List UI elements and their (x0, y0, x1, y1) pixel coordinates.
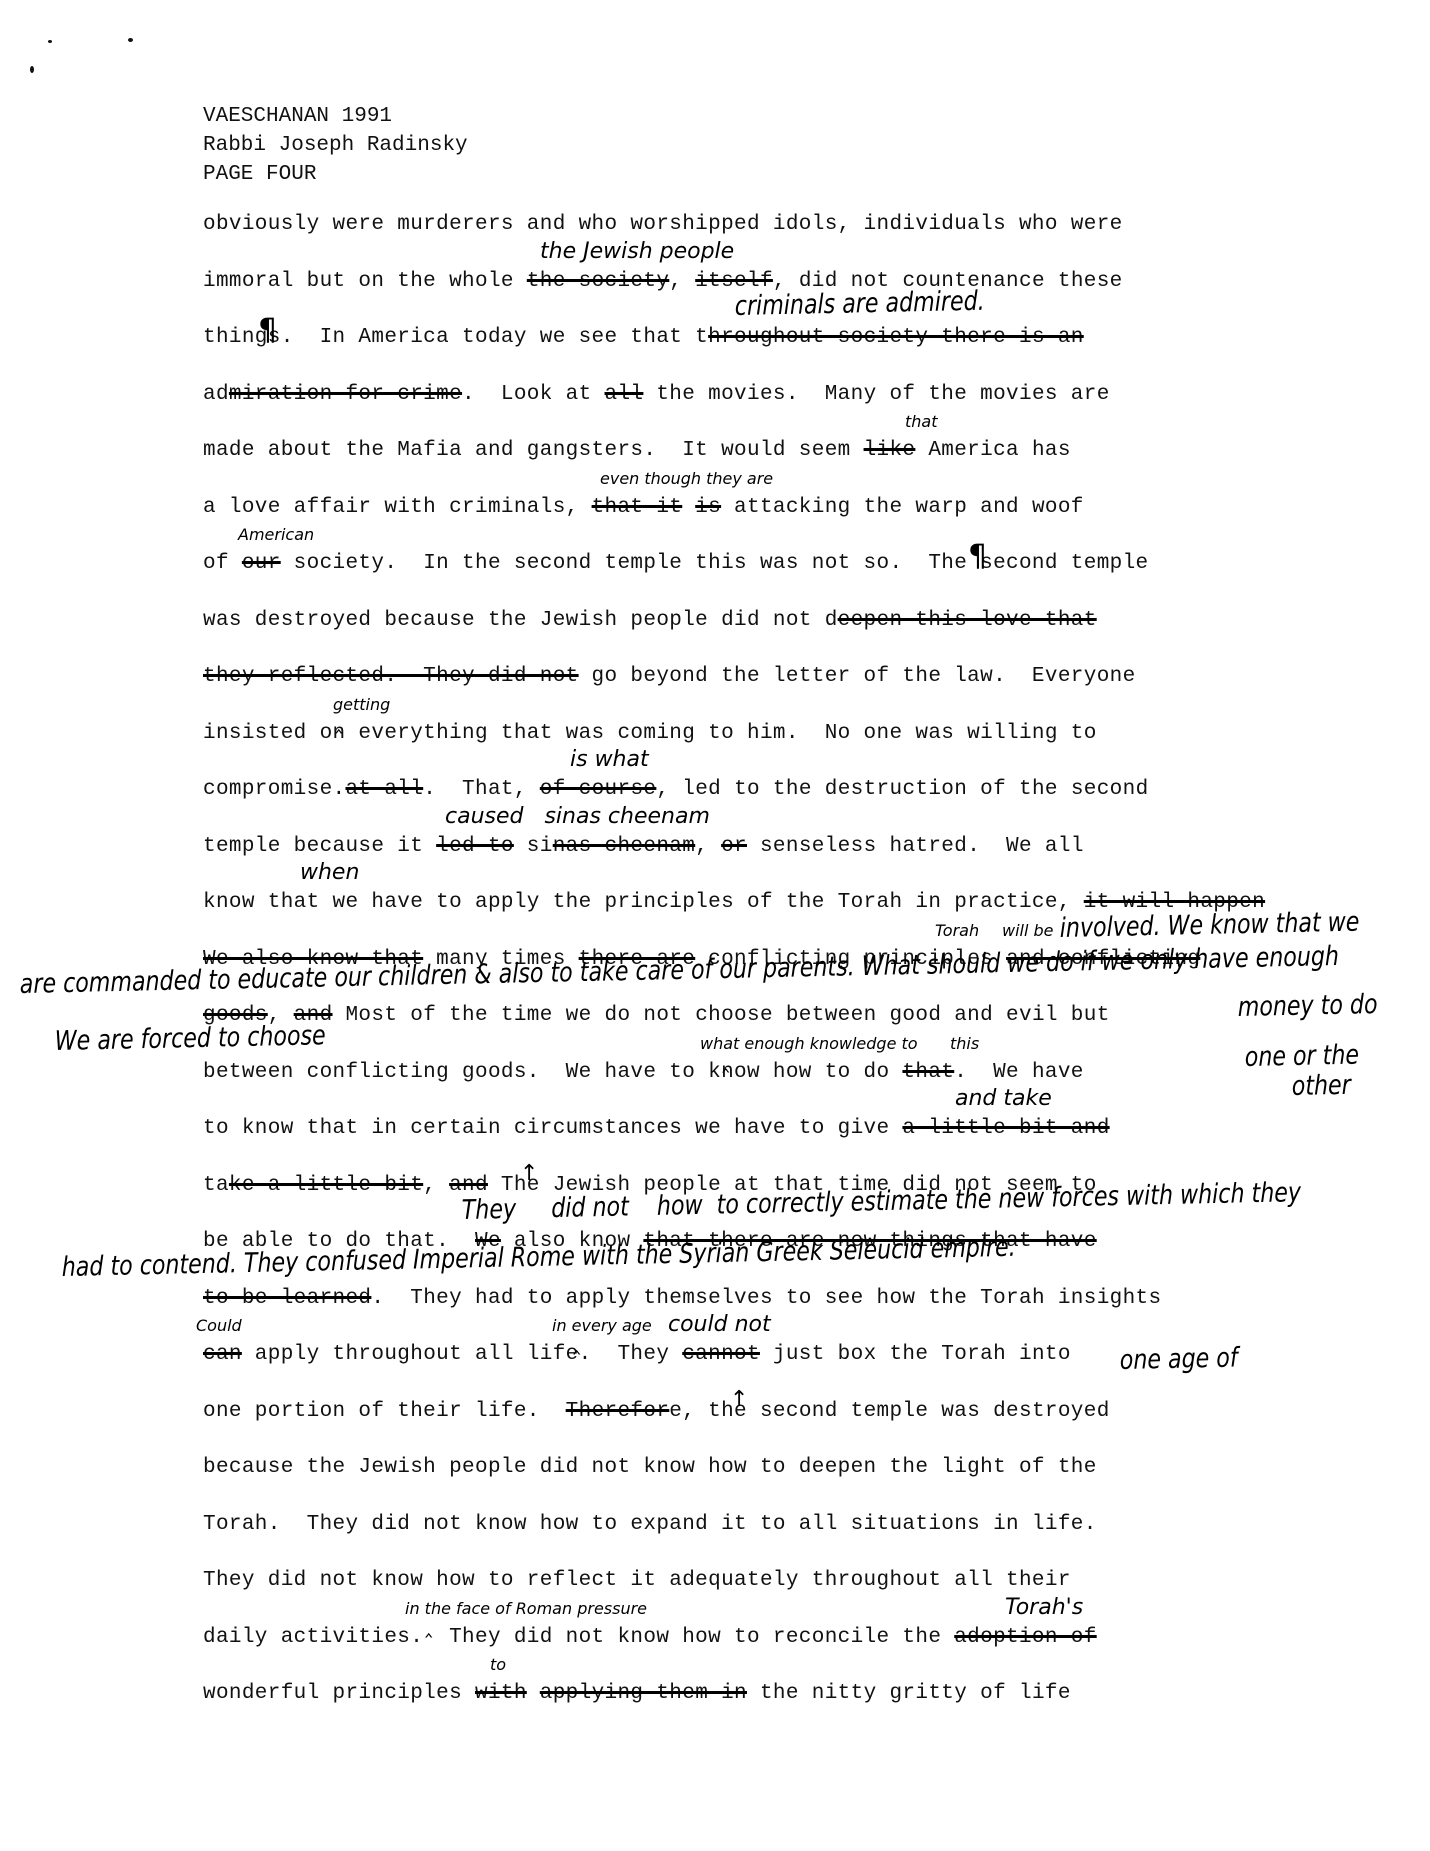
typed-line: one portion of their life. Therefore, th… (203, 1397, 1110, 1427)
struck-text: Therefor (566, 1400, 670, 1423)
scan-speck (128, 38, 133, 42)
handwritten-note: in every age (552, 1316, 652, 1335)
text-run: of (203, 552, 242, 575)
text-run: society. In the second temple this was n… (281, 552, 1149, 575)
struck-text: ke a little bit (229, 1174, 423, 1197)
struck-text: like (864, 439, 916, 462)
text-run: wonderful principles (203, 1682, 475, 1705)
typed-line: can apply throughout all life. They cann… (203, 1340, 1071, 1370)
document-author: Rabbi Joseph Radinsky (203, 131, 468, 160)
struck-text: is (695, 496, 721, 519)
text-run: go beyond the letter of the law. Everyon… (579, 665, 1136, 688)
struck-text: with (475, 1682, 527, 1705)
struck-text: nas cheenam (553, 835, 695, 858)
text-run: ta (203, 1174, 229, 1197)
struck-text: can (203, 1343, 242, 1366)
page-label: PAGE FOUR (203, 160, 468, 189)
text-run: . Look at (462, 383, 604, 406)
typed-line: They did not know how to reflect it adeq… (203, 1566, 1071, 1596)
scan-speck (30, 66, 34, 73)
handwritten-note: will be (1002, 921, 1054, 940)
text-run: , (695, 835, 721, 858)
handwritten-note: We are forced to choose (55, 1020, 326, 1057)
handwritten-note: this (950, 1034, 979, 1053)
text-run: , (423, 1174, 449, 1197)
caret-icon: ‸ (722, 1048, 729, 1073)
caret-icon: ‸ (573, 1330, 580, 1355)
typed-line: admiration for crime. Look at all the mo… (203, 380, 1110, 410)
typed-line: obviously were murderers and who worship… (203, 210, 1123, 240)
text-run: . That, (423, 778, 540, 801)
text-run: apply throughout all life. They (242, 1343, 682, 1366)
text-run: to know that in certain circumstances we… (203, 1117, 902, 1140)
struck-text: adoption of (954, 1626, 1096, 1649)
handwritten-note: Torah's (1005, 1595, 1083, 1620)
text-run: was destroyed because the Jewish people … (203, 609, 838, 632)
text-run: things. In America today we see that t (203, 326, 708, 349)
typed-line: made about the Mafia and gangsters. It w… (203, 436, 1071, 466)
text-run: one portion of their life. (203, 1400, 566, 1423)
typed-line: between conflicting goods. We have to kn… (203, 1058, 1084, 1088)
typed-line: daily activities. They did not know how … (203, 1623, 1097, 1653)
text-run: know that we have to apply the principle… (203, 891, 1084, 914)
text-run: . They had to apply themselves to see ho… (371, 1287, 1161, 1310)
text-run: between conflicting goods. We have to kn… (203, 1061, 902, 1084)
text-run: daily activities. They did not know how … (203, 1626, 954, 1649)
text-run: the movies. Many of the movies are (643, 383, 1109, 406)
text-run: temple because it (203, 835, 436, 858)
handwritten-note: money to do (1238, 989, 1378, 1023)
typed-line: Torah. They did not know how to expand i… (203, 1510, 1097, 1540)
document-page: VAESCHANAN 1991 Rabbi Joseph Radinsky PA… (0, 0, 1430, 1851)
typed-line: compromise.at all. That, of course, led … (203, 775, 1149, 805)
text-run: , led to the destruction of the second (656, 778, 1148, 801)
text-run: America has (915, 439, 1070, 462)
struck-text: miration for crime (229, 383, 462, 406)
text-run: Torah. They did not know how to expand i… (203, 1513, 1097, 1536)
capital-mark-icon: ↑ (520, 1161, 538, 1186)
text-run: because the Jewish people did not know h… (203, 1456, 1097, 1479)
struck-text: led to (436, 835, 514, 858)
struck-text: itself (695, 270, 773, 293)
text-run: They did not know how to reflect it adeq… (203, 1569, 1071, 1592)
struck-text: hroughout society there is an (708, 326, 1084, 349)
text-run: attacking the warp and woof (721, 496, 1084, 519)
handwritten-note: other (1292, 1069, 1351, 1101)
typed-line: they reflected. They did not go beyond t… (203, 662, 1136, 692)
handwritten-note: is what (570, 747, 649, 772)
handwritten-note: Torah (935, 921, 979, 940)
handwritten-note: American (238, 525, 314, 544)
document-header: VAESCHANAN 1991 Rabbi Joseph Radinsky PA… (203, 102, 468, 189)
handwritten-note: and take (955, 1086, 1052, 1111)
struck-text: to be learned (203, 1287, 371, 1310)
text-run: compromise. (203, 778, 345, 801)
typed-line: things. In America today we see that thr… (203, 323, 1084, 353)
text-run: made about the Mafia and gangsters. It w… (203, 439, 864, 462)
text-run (682, 496, 695, 519)
typed-line: was destroyed because the Jewish people … (203, 606, 1097, 636)
text-run: obviously were murderers and who worship… (203, 213, 1123, 236)
text-run (527, 1682, 540, 1705)
text-run: ad (203, 383, 229, 406)
text-run: a love affair with criminals, (203, 496, 592, 519)
handwritten-note: what enough knowledge to (700, 1034, 918, 1053)
struck-text: our (242, 552, 281, 575)
handwritten-note: could not (668, 1312, 771, 1337)
struck-text: eepen this love that (838, 609, 1097, 632)
struck-text: applying them in (540, 1682, 747, 1705)
typed-line: goods, and Most of the time we do not ch… (203, 1001, 1110, 1031)
text-run: immoral but on the whole (203, 270, 527, 293)
document-title: VAESCHANAN 1991 (203, 102, 468, 131)
text-run: . We have (954, 1061, 1084, 1084)
handwritten-note: one age of (1120, 1342, 1238, 1376)
paragraph-mark-icon: ¶ (258, 313, 277, 348)
handwritten-note: one or the (1245, 1040, 1360, 1073)
handwritten-note: involved. We know that we (1060, 906, 1360, 943)
struck-text: at all (345, 778, 423, 801)
caret-icon: ‸ (425, 1613, 432, 1638)
handwritten-note: even though they are (600, 469, 773, 488)
handwritten-note: that (905, 412, 938, 431)
text-run: just box the Torah into (760, 1343, 1071, 1366)
caret-icon: ‸ (335, 709, 342, 734)
paragraph-mark-icon: ¶ (968, 539, 987, 574)
handwritten-note: caused sinas cheenam (445, 804, 710, 829)
struck-text: of course (540, 778, 657, 801)
capital-mark-icon: ↑ (730, 1387, 748, 1412)
struck-text: a little bit and (902, 1117, 1109, 1140)
handwritten-note: the Jewish people (540, 239, 734, 264)
text-run: si (514, 835, 553, 858)
typed-line: because the Jewish people did not know h… (203, 1453, 1097, 1483)
struck-text: cannot (682, 1343, 760, 1366)
typed-line: temple because it led to sinas cheenam, … (203, 832, 1084, 862)
typed-line: to be learned. They had to apply themsel… (203, 1284, 1161, 1314)
text-run: Most of the time we do not choose betwee… (333, 1004, 1110, 1027)
struck-text: they reflected. They did not (203, 665, 579, 688)
typed-line: wonderful principles with applying them … (203, 1679, 1071, 1709)
struck-text: all (605, 383, 644, 406)
scan-speck (48, 40, 52, 43)
handwritten-note: in the face of Roman pressure (405, 1599, 647, 1618)
typed-line: of our society. In the second temple thi… (203, 549, 1149, 579)
text-run: senseless hatred. We all (747, 835, 1084, 858)
typed-line: to know that in certain circumstances we… (203, 1114, 1110, 1144)
struck-text: that it (592, 496, 683, 519)
struck-text: the society (527, 270, 669, 293)
handwritten-note: to (490, 1655, 506, 1674)
typed-line: a love affair with criminals, that it is… (203, 493, 1084, 523)
text-run: , (669, 270, 695, 293)
struck-text: and (449, 1174, 488, 1197)
handwritten-note: when (300, 860, 359, 885)
struck-text: or (721, 835, 747, 858)
handwritten-note: Could (196, 1316, 242, 1335)
handwritten-note: criminals are admired. (735, 286, 985, 322)
typed-line: immoral but on the whole the society, it… (203, 267, 1123, 297)
text-run: the nitty gritty of life (747, 1682, 1071, 1705)
struck-text: that (902, 1061, 954, 1084)
